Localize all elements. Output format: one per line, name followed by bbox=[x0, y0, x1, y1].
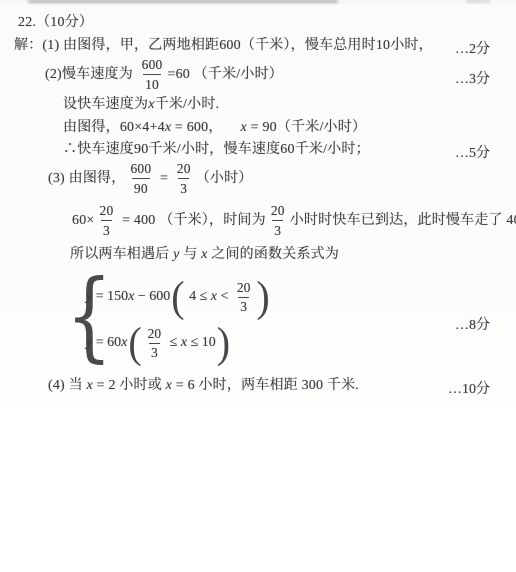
relation-text: 之间的函数关系式为 bbox=[208, 246, 340, 264]
scanned-solution-page: 22.（10分） 解：(1) 由图得，甲，乙两地相距600（千米），慢车总用时1… bbox=[0, 0, 516, 572]
fraction-numerator: 20 bbox=[269, 204, 287, 220]
fraction-20-3: 20 3 bbox=[146, 327, 164, 360]
left-paren: ( bbox=[171, 274, 184, 319]
equals-sign: = bbox=[156, 170, 172, 188]
solution-step-3-distance: 60× 20 3 = 400 （千米），时间为 20 3 小时时快车已到达，此时… bbox=[72, 204, 516, 237]
fraction-denominator: 10 bbox=[143, 74, 161, 91]
assume-units: 千米/小时. bbox=[155, 96, 220, 114]
step-1-text: 解：(1) 由图得，甲，乙两地相距600（千米），慢车总用时10小时， bbox=[14, 37, 433, 55]
solution-step-2-assume: 设快车速度为 x 千米/小时. bbox=[63, 96, 219, 114]
fraction-20-3: 20 3 bbox=[98, 204, 116, 237]
fraction-numerator: 20 bbox=[235, 281, 253, 297]
fraction-denominator: 3 bbox=[149, 343, 160, 360]
fraction-denominator: 3 bbox=[238, 297, 249, 314]
solution-step-2: (2)慢车速度为 600 10 =60 （千米/小时） bbox=[45, 58, 283, 91]
equation-term: − 600 bbox=[134, 289, 170, 305]
equation-term: = 150 bbox=[92, 289, 128, 305]
variable-x: x bbox=[121, 335, 127, 351]
equation-lead-in: 由图得， bbox=[63, 119, 120, 137]
scan-artifact-top-left bbox=[28, 0, 338, 3]
solution-step-4: (4) 当 x = 2 小时或 x = 6 小时，两车相距 300 千米. bbox=[48, 377, 359, 395]
condition-term: 4 ≤ bbox=[186, 289, 211, 305]
fraction-denominator: 90 bbox=[132, 178, 150, 195]
fraction-600-10: 600 10 bbox=[140, 58, 165, 91]
solution-step-3: (3) 由图得， 600 90 = 20 3 （小时） bbox=[48, 162, 253, 195]
condition-term: ≤ bbox=[166, 335, 181, 351]
equation-right: = 600， bbox=[171, 119, 222, 137]
fraction-denominator: 3 bbox=[272, 220, 283, 237]
step-4-text: = 2 小时或 bbox=[93, 377, 166, 395]
step-4-text: (4) 当 bbox=[48, 377, 87, 395]
fraction-numerator: 600 bbox=[140, 58, 165, 74]
condition-term: < bbox=[217, 289, 232, 305]
fraction-20-3: 20 3 bbox=[235, 281, 253, 314]
step-3-prefix: (3) 由图得， bbox=[48, 170, 125, 188]
system-equation-2: y = 60 x ( 20 3 ≤ x ≤ 10 ) bbox=[86, 322, 231, 364]
left-paren: ( bbox=[128, 320, 141, 365]
score-marker-2: …2分 bbox=[455, 38, 490, 58]
score-marker-5: …5分 bbox=[455, 142, 490, 162]
right-paren: ) bbox=[256, 274, 269, 319]
scan-artifact-top-right bbox=[466, 0, 490, 3]
score-marker-3: …3分 bbox=[455, 68, 490, 88]
score-marker-8: …8分 bbox=[455, 314, 490, 334]
fraction-numerator: 20 bbox=[98, 204, 116, 220]
step-2-prefix: (2)慢车速度为 bbox=[45, 66, 137, 84]
step-4-text: = 6 小时，两车相距 300 千米. bbox=[172, 377, 359, 395]
distance-eq-left: 60× bbox=[72, 212, 95, 230]
equation-term: = 60 bbox=[92, 335, 121, 351]
step-3-units: （小时） bbox=[196, 170, 253, 188]
solution-step-2-equation: 由图得， 60×4+4 x = 600， x = 90 （千米/小时） bbox=[63, 119, 366, 137]
fraction-denominator: 3 bbox=[178, 178, 189, 195]
solution-step-1: 解：(1) 由图得，甲，乙两地相距600（千米），慢车总用时10小时， bbox=[14, 37, 433, 55]
distance-eq-middle: = 400 （千米），时间为 bbox=[118, 212, 265, 230]
fraction-denominator: 3 bbox=[101, 220, 112, 237]
score-marker-10: …10分 bbox=[448, 378, 490, 398]
fraction-20-3: 20 3 bbox=[175, 162, 193, 195]
problem-number: 22.（10分） bbox=[18, 14, 93, 32]
piecewise-function-system: { y = 150 x − 600 ( 4 ≤ x < 20 3 ) y = 6… bbox=[66, 270, 326, 370]
fraction-20-3: 20 3 bbox=[269, 204, 287, 237]
conclusion-text: ∴快车速度90千米/小时，慢车速度60千米/小时； bbox=[63, 141, 370, 159]
assume-text: 设快车速度为 bbox=[63, 96, 148, 114]
fraction-numerator: 20 bbox=[175, 162, 193, 178]
fraction-600-90: 600 90 bbox=[128, 162, 153, 195]
solution-value: = 90 bbox=[247, 119, 277, 137]
system-equation-1: y = 150 x − 600 ( 4 ≤ x < 20 3 ) bbox=[86, 276, 271, 318]
right-paren: ) bbox=[217, 320, 230, 365]
fraction-numerator: 600 bbox=[128, 162, 153, 178]
condition-term: ≤ 10 bbox=[187, 335, 216, 351]
distance-eq-tail: 小时时快车已到达，此时慢车走了 400 千米， bbox=[290, 212, 516, 230]
problem-number-text: 22.（10分） bbox=[18, 14, 93, 32]
relation-text: 与 bbox=[180, 246, 202, 264]
solution-units: （千米/小时） bbox=[277, 119, 366, 137]
solution-step-2-conclusion: ∴快车速度90千米/小时，慢车速度60千米/小时； bbox=[63, 141, 370, 159]
fraction-numerator: 20 bbox=[146, 327, 164, 343]
step-2-suffix: =60 （千米/小时） bbox=[167, 66, 283, 84]
equation-left: 60×4+4 bbox=[120, 119, 165, 137]
